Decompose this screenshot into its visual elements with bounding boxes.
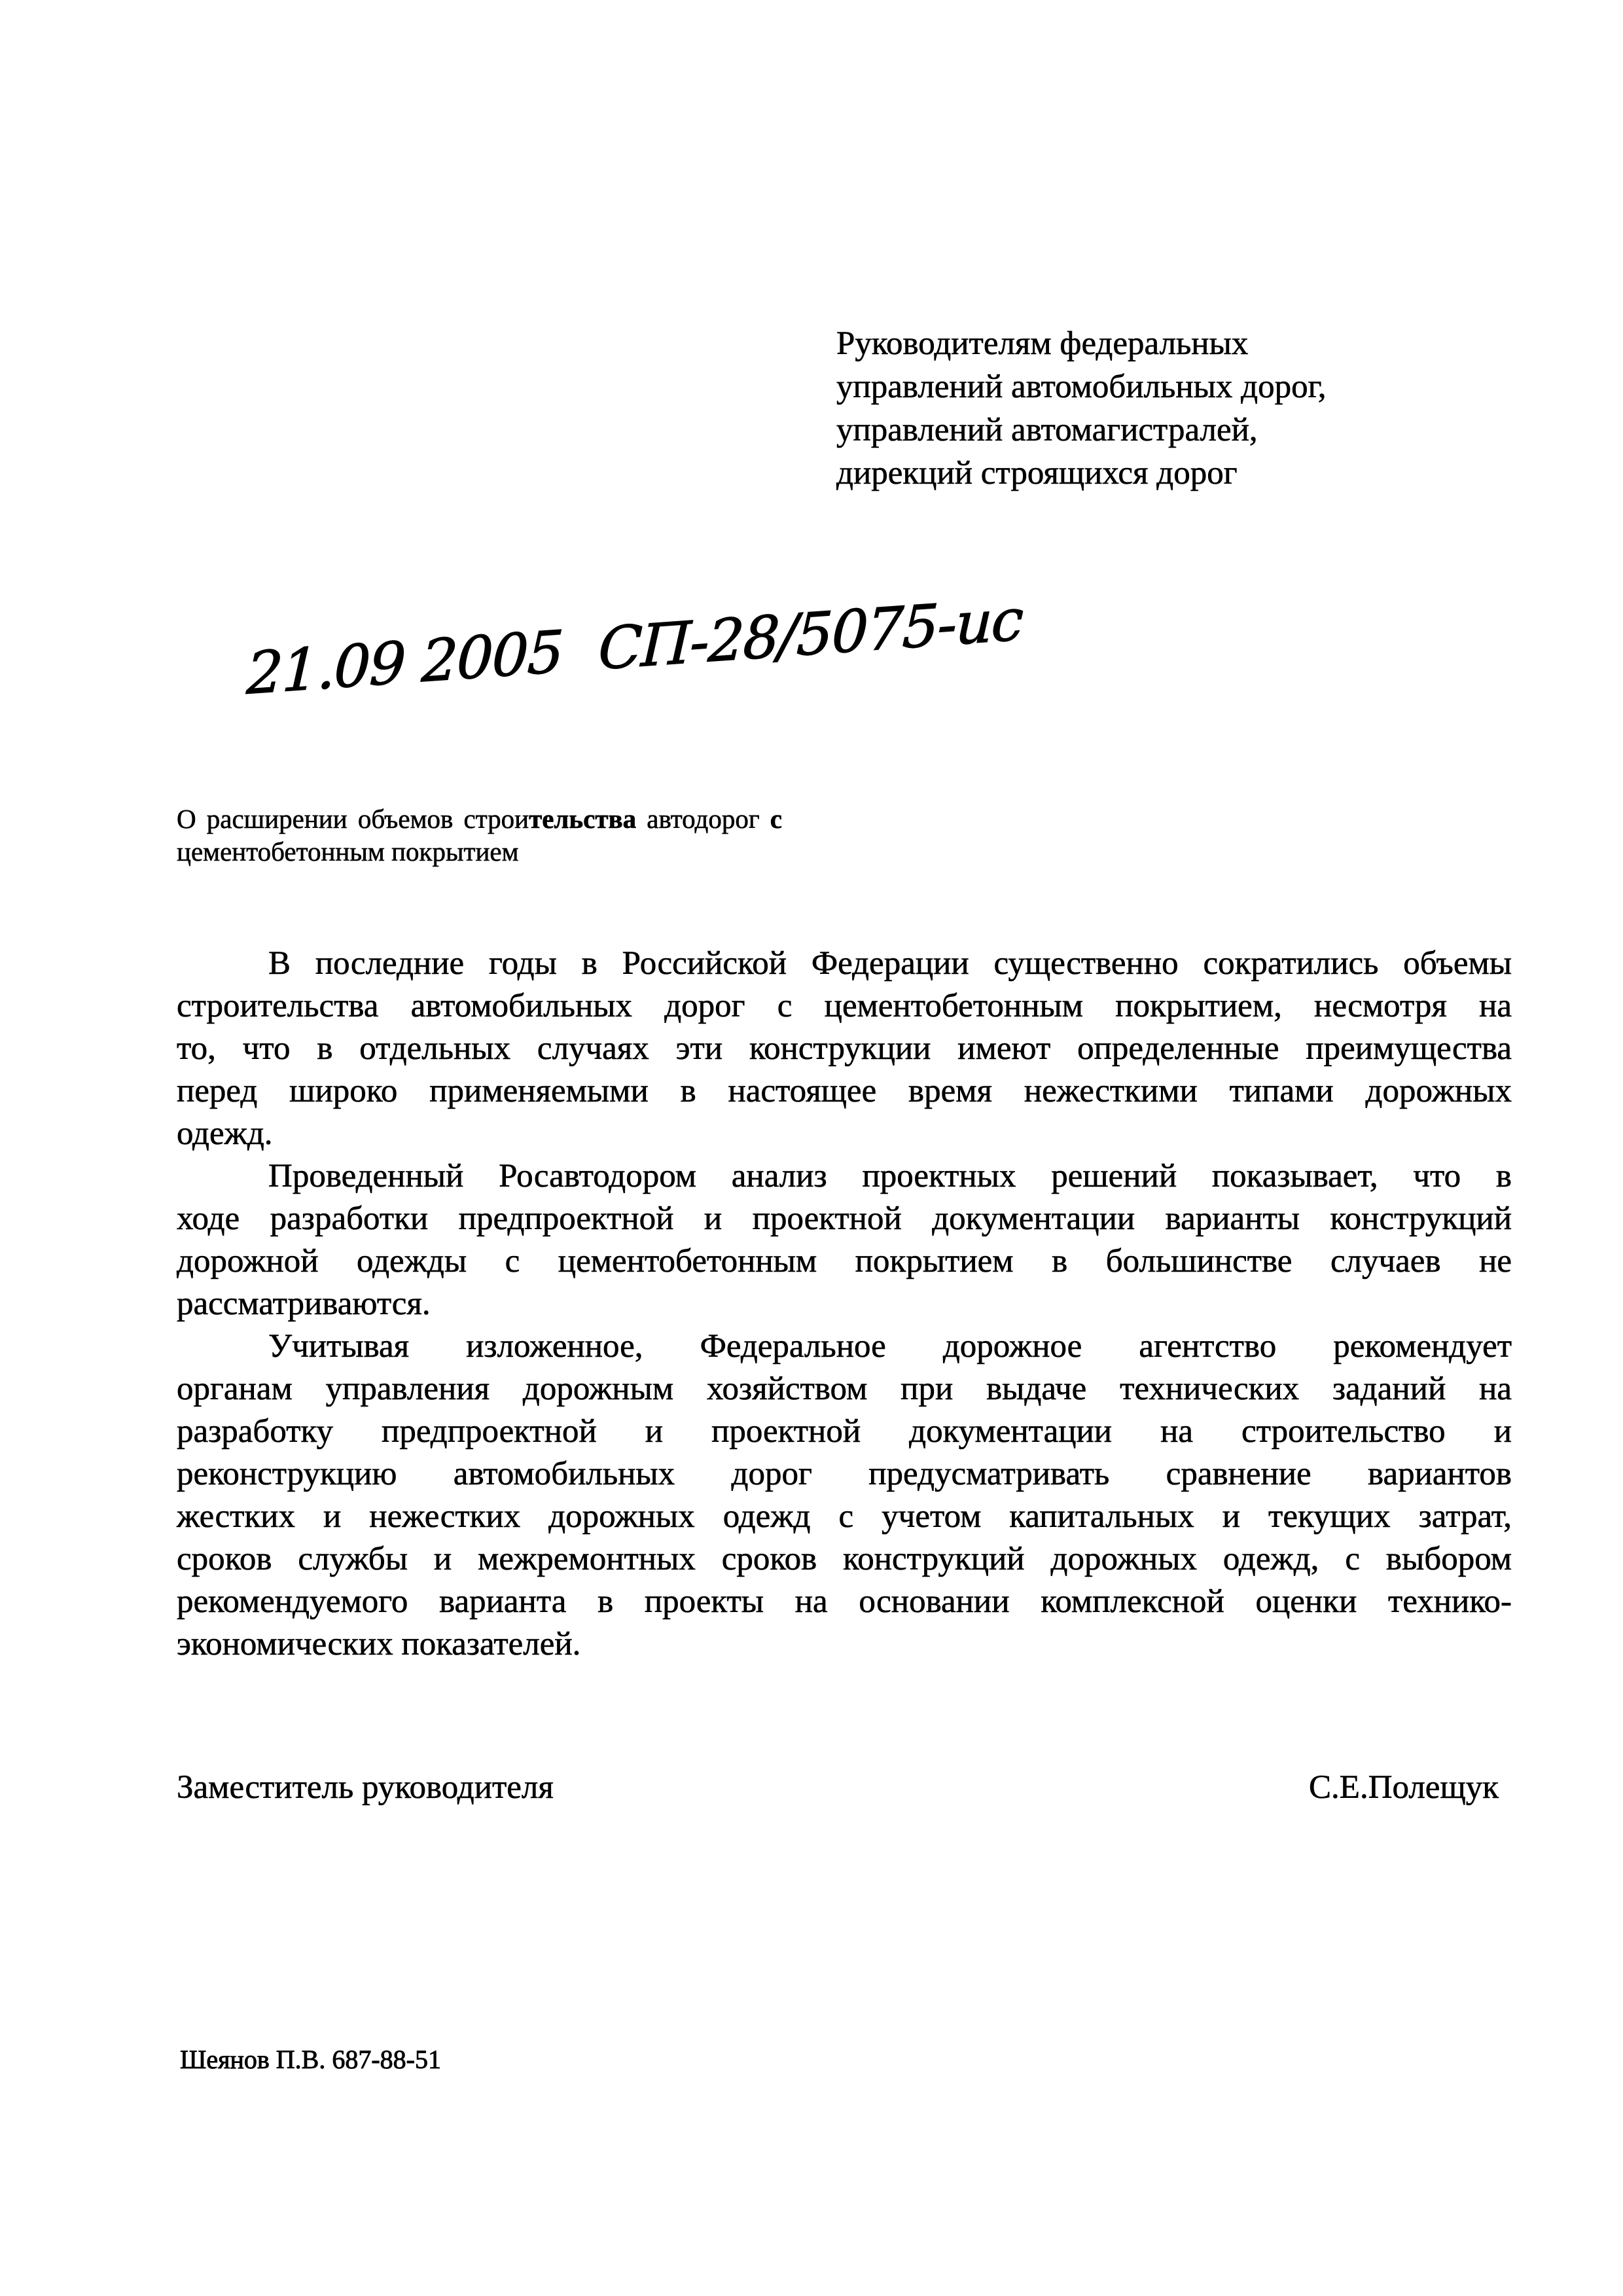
subject-text-segment: с — [770, 804, 782, 834]
body-line: то, что в отдельных случаях эти конструк… — [177, 1028, 1512, 1070]
addressee-line: Руководителям федеральных — [836, 322, 1412, 365]
body-line: сроков службы и межремонтных сроков конс… — [177, 1538, 1512, 1581]
handwritten-date-number: 21.09 2005СП-28/5075-ис — [245, 592, 901, 710]
body-line: дорожной одежды с цементобетонным покрыт… — [177, 1240, 1512, 1283]
body-line: рассматриваются. — [177, 1283, 1512, 1325]
subject-text-segment: О расширении объемов строи — [177, 804, 529, 834]
body-line: Проведенный Росавтодором анализ проектны… — [177, 1155, 1512, 1198]
executor-contact: Шеянов П.В. 687-88-51 — [180, 2043, 441, 2076]
subject-text-segment: тельства — [529, 804, 636, 834]
body-line: ходе разработки предпроектной и проектно… — [177, 1198, 1512, 1240]
body-line: жестких и нежестких дорожных одежд с уче… — [177, 1496, 1512, 1538]
body-line: органам управления дорожным хозяйством п… — [177, 1368, 1512, 1410]
subject-block: О расширении объемов строительства автод… — [177, 802, 782, 868]
body-line: В последние годы в Российской Федерации … — [177, 942, 1512, 985]
addressee-line: управлений автомобильных дорог, — [836, 365, 1412, 408]
subject-line-2: цементобетонным покрытием — [177, 835, 782, 868]
body-line: Учитывая изложенное, Федеральное дорожно… — [177, 1325, 1512, 1368]
addressee-block: Руководителям федеральных управлений авт… — [836, 322, 1412, 495]
signature-row: Заместитель руководителя С.Е.Полещук — [177, 1766, 1499, 1809]
subject-text-segment: автодорог — [636, 804, 770, 834]
addressee-line: управлений автомагистралей, — [836, 408, 1412, 452]
body-line: реконструкцию автомобильных дорог предус… — [177, 1453, 1512, 1496]
body-line: экономических показателей. — [177, 1623, 1512, 1666]
subject-line-1: О расширении объемов строительства автод… — [177, 802, 782, 835]
addressee-line: дирекций строящихся дорог — [836, 452, 1412, 495]
handwritten-outgoing-number: СП-28/5075-ис — [597, 586, 1024, 683]
signer-title: Заместитель руководителя — [177, 1766, 554, 1809]
letter-page: Руководителям федеральных управлений авт… — [0, 0, 1623, 2296]
body-line: разработку предпроектной и проектной док… — [177, 1410, 1512, 1453]
handwritten-date: 21.09 2005 — [245, 618, 563, 708]
body-line: рекомендуемого варианта в проекты на осн… — [177, 1581, 1512, 1623]
body-line: строительства автомобильных дорог с цеме… — [177, 985, 1512, 1028]
signer-name: С.Е.Полещук — [1309, 1766, 1499, 1809]
body-line: одежд. — [177, 1113, 1512, 1155]
body-line: перед широко применяемыми в настоящее вр… — [177, 1070, 1512, 1113]
letter-body: В последние годы в Российской Федерации … — [177, 942, 1512, 1666]
